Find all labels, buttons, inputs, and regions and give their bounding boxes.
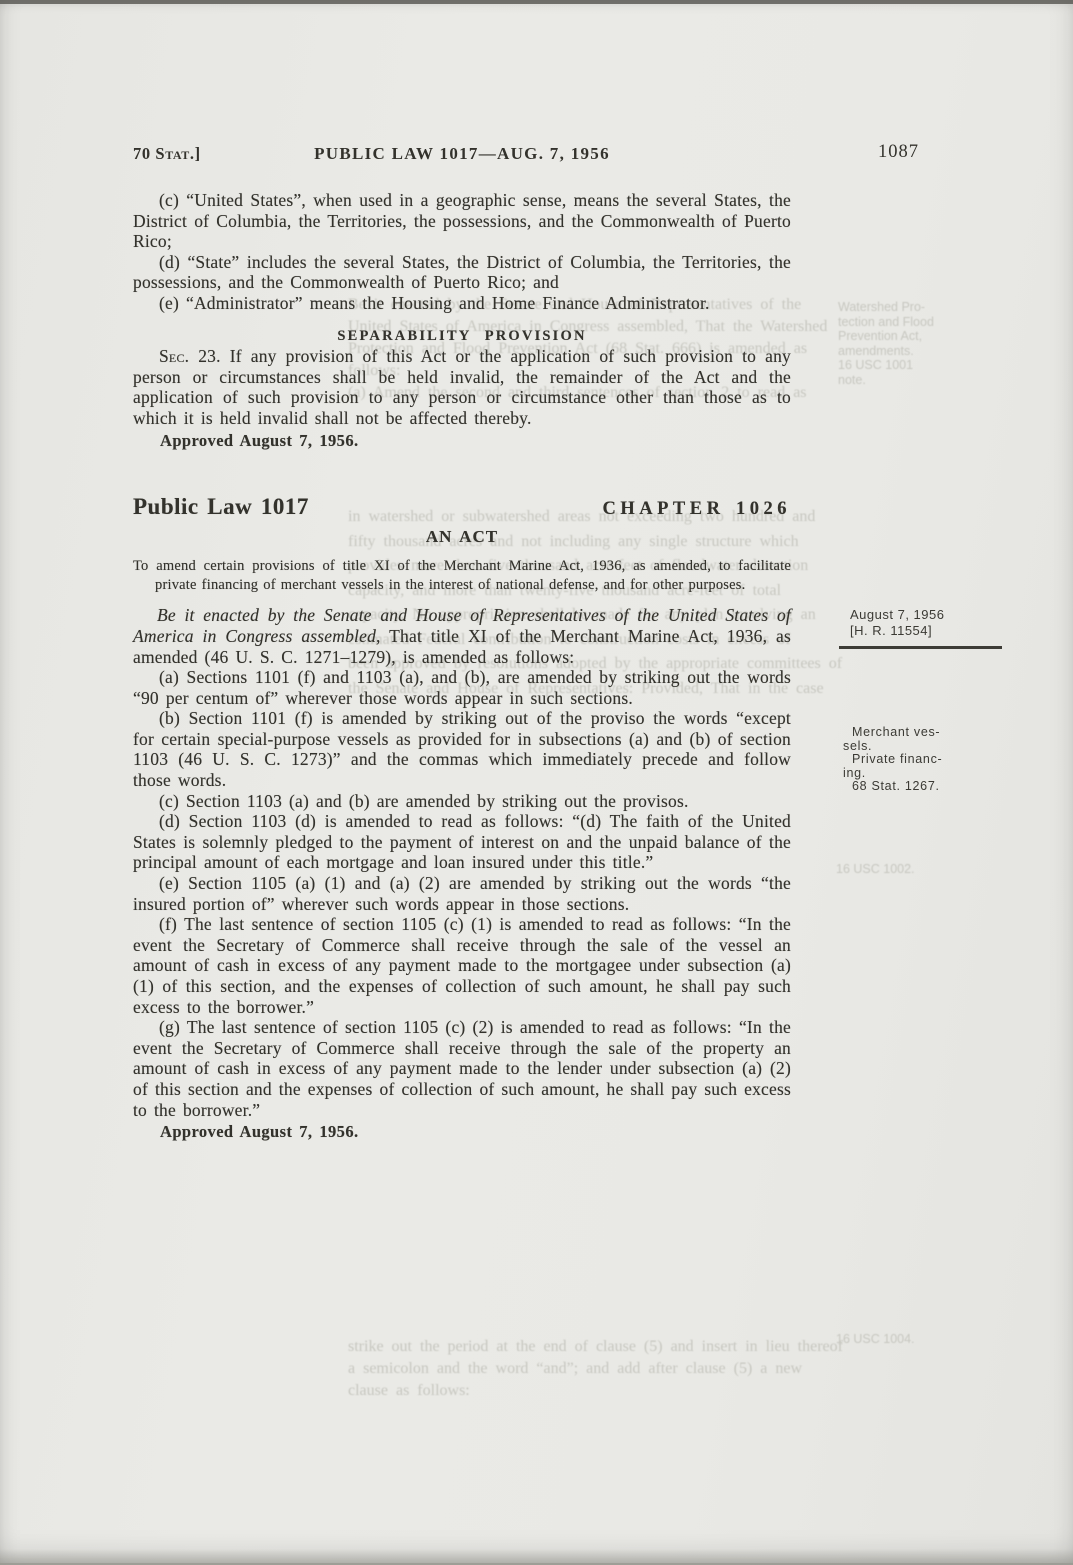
- amendment-paragraph-a: (a) Sections 1101 (f) and 1103 (a), and …: [133, 667, 791, 708]
- public-law-number: Public Law 1017: [133, 497, 309, 518]
- amendment-paragraph-g: (g) The last sentence of section 1105 (c…: [133, 1017, 791, 1120]
- definition-paragraph-d: (d) “State” includes the several States,…: [133, 252, 791, 293]
- chapter-number: CHAPTER 1026: [603, 499, 791, 520]
- amendment-paragraph-f: (f) The last sentence of section 1105 (c…: [133, 914, 791, 1017]
- margin-note-line: Private financ-: [843, 753, 942, 767]
- page-number: 1087: [878, 142, 919, 163]
- section-23-text: If any provision of this Act or the appl…: [133, 346, 791, 428]
- margin-note-rule: [839, 646, 1002, 649]
- amendment-paragraph-b: (b) Section 1101 (f) is amended by strik…: [133, 708, 791, 790]
- law-heading-row: Public Law 1017 CHAPTER 1026: [133, 497, 791, 520]
- margin-note-line: Merchant ves-: [843, 726, 942, 740]
- margin-note-date-line: August 7, 1956: [850, 607, 944, 623]
- document-page: Watershed Pro-tection and FloodPreventio…: [0, 0, 1073, 1565]
- amendment-paragraph-d: (d) Section 1103 (d) is amended to read …: [133, 811, 791, 873]
- section-23-label: Sec. 23.: [159, 346, 221, 366]
- separability-provision-heading: SEPARABILITY PROVISION: [133, 326, 791, 347]
- running-head-title: PUBLIC LAW 1017—AUG. 7, 1956: [133, 144, 791, 164]
- margin-note-line: 68 Stat. 1267.: [843, 780, 942, 794]
- amendment-paragraph-e: (e) Section 1105 (a) (1) and (a) (2) are…: [133, 873, 791, 914]
- margin-note-bill-number: [H. R. 11554]: [850, 623, 944, 639]
- approved-line-2: Approved August 7, 1956.: [133, 1122, 791, 1143]
- definition-paragraph-e: (e) “Administrator” means the Housing an…: [133, 293, 791, 314]
- running-header: 70 Stat.] PUBLIC LAW 1017—AUG. 7, 1956: [133, 144, 791, 168]
- definition-paragraph-c: (c) “United States”, when used in a geog…: [133, 190, 791, 252]
- margin-note-date: August 7, 1956 [H. R. 11554]: [850, 607, 944, 638]
- approved-line-1: Approved August 7, 1956.: [133, 431, 791, 452]
- act-preamble: To amend certain provisions of title XI …: [133, 557, 791, 595]
- printed-content: 70 Stat.] PUBLIC LAW 1017—AUG. 7, 1956 1…: [0, 0, 1073, 1565]
- margin-note-subject: Merchant ves- sels. Private financ- ing.…: [843, 726, 942, 794]
- margin-note-line: sels.: [843, 740, 942, 754]
- section-23-paragraph: Sec. 23. If any provision of this Act or…: [133, 346, 791, 428]
- main-text-column: (c) “United States”, when used in a geog…: [133, 190, 791, 1143]
- margin-note-line: ing.: [843, 767, 942, 781]
- an-act-heading: AN ACT: [133, 527, 791, 548]
- enacting-clause: Be it enacted by the Senate and House of…: [133, 605, 791, 667]
- amendment-paragraph-c: (c) Section 1103 (a) and (b) are amended…: [133, 791, 791, 812]
